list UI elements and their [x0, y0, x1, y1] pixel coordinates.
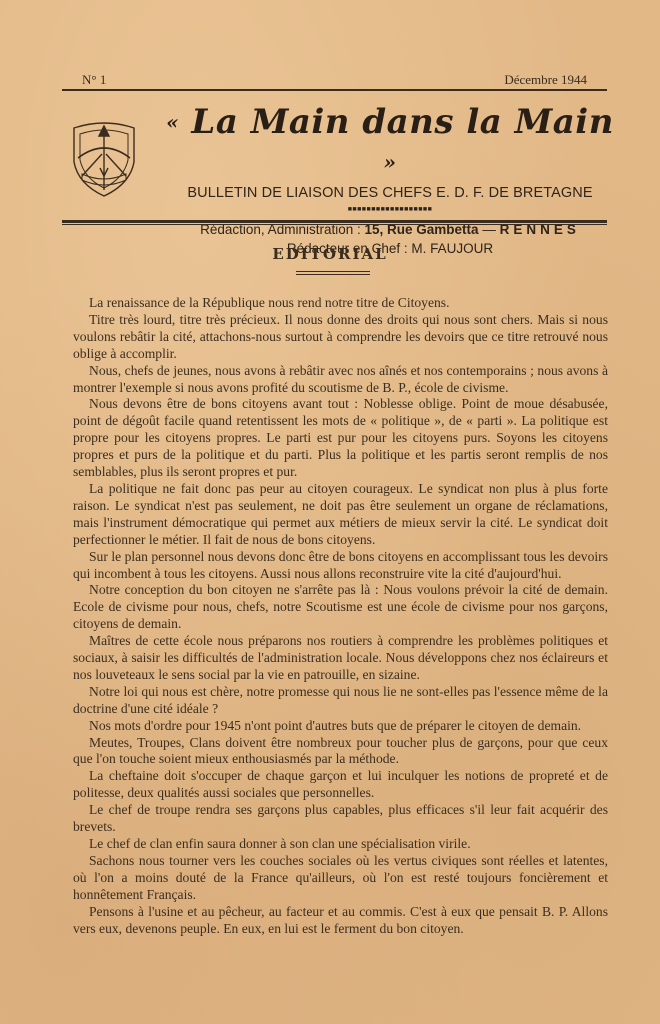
paragraph: Nos mots d'ordre pour 1945 n'ont point d…	[73, 718, 608, 735]
title-text: La Main dans la Main	[191, 102, 614, 142]
paragraph: Pensons à l'usine et au pêcheur, au fact…	[73, 904, 608, 938]
paragraph: Nous, chefs de jeunes, nous avons à rebâ…	[73, 363, 608, 397]
section-underline	[296, 271, 370, 272]
section-underline-2	[296, 274, 370, 275]
close-quote: »	[384, 150, 397, 174]
paragraph: Le chef de troupe rendra ses garçons plu…	[73, 802, 608, 836]
paragraph: Meutes, Troupes, Clans doivent être nomb…	[73, 735, 608, 769]
editorial-body: La renaissance de la République nous ren…	[73, 295, 608, 937]
newsletter-page: N° 1 Décembre 1944 « La Main dans la Mai…	[0, 0, 660, 1024]
paragraph: Le chef de clan enfin saura donner à son…	[73, 836, 608, 853]
paragraph: La cheftaine doit s'occuper de chaque ga…	[73, 768, 608, 802]
issue-header-row: N° 1 Décembre 1944	[62, 70, 607, 90]
masthead-rule-thin	[62, 224, 607, 225]
publication-subtitle: BULLETIN DE LIAISON DES CHEFS E. D. F. D…	[160, 184, 620, 202]
decorative-separator: ■■■■■■■■■■■■■■■■■■	[160, 205, 620, 215]
masthead-rule	[62, 220, 607, 223]
paragraph: Maîtres de cette école nous préparons no…	[73, 633, 608, 684]
scout-shield-emblem-icon	[68, 118, 140, 198]
paragraph: Notre conception du bon citoyen ne s'arr…	[73, 582, 608, 633]
publication-title: « La Main dans la Main »	[160, 102, 620, 182]
section-title: EDITORIAL	[200, 245, 460, 263]
paragraph: Notre loi qui nous est chère, notre prom…	[73, 684, 608, 718]
masthead: « La Main dans la Main » BULLETIN DE LIA…	[160, 100, 620, 258]
open-quote: «	[166, 110, 179, 134]
paragraph: Sachons nous tourner vers les couches so…	[73, 853, 608, 904]
paragraph: La politique ne fait donc pas peur au ci…	[73, 481, 608, 549]
top-rule	[62, 89, 607, 91]
issue-date: Décembre 1944	[504, 72, 587, 88]
paragraph: La renaissance de la République nous ren…	[73, 295, 608, 312]
paragraph: Nous devons être de bons citoyens avant …	[73, 396, 608, 481]
issue-number: N° 1	[82, 72, 106, 88]
paragraph: Sur le plan personnel nous devons donc ê…	[73, 549, 608, 583]
paragraph: Titre très lourd, titre très précieux. I…	[73, 312, 608, 363]
